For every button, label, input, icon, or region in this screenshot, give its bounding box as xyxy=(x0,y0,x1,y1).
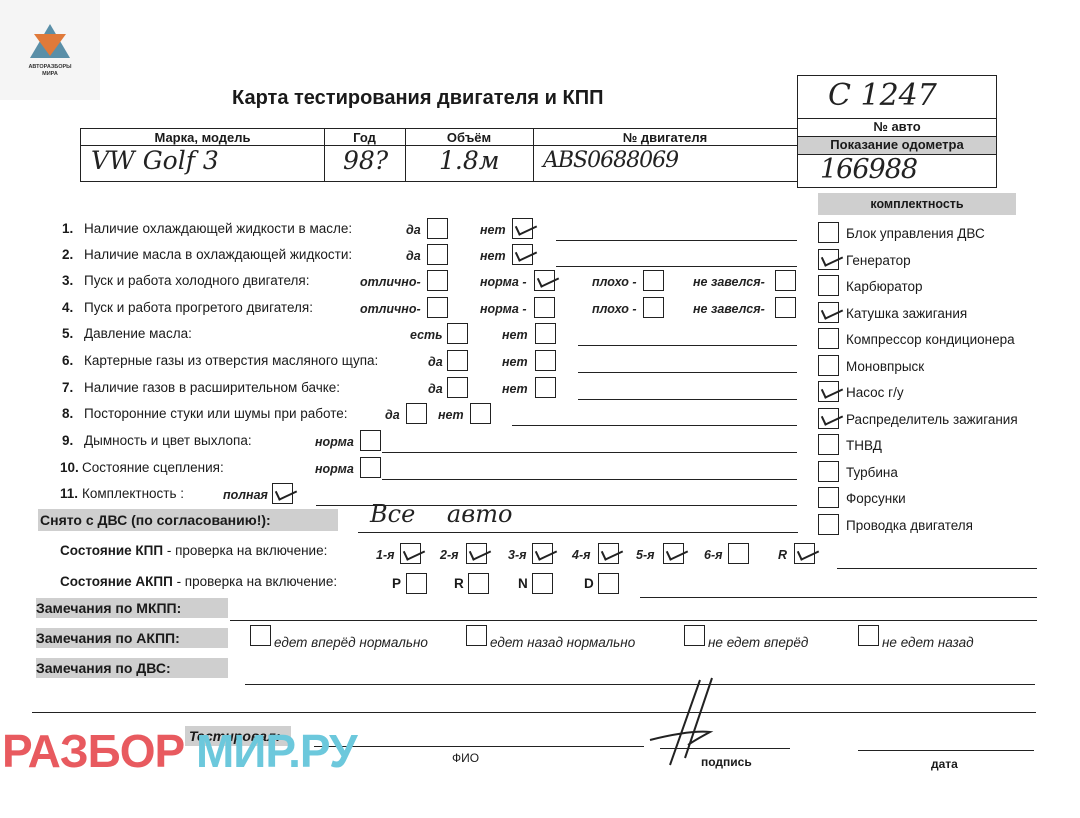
check-number: 4. xyxy=(62,300,73,315)
check-number: 10. xyxy=(60,460,79,475)
check-number: 7. xyxy=(62,380,73,395)
check-label: Комплектность : xyxy=(82,486,184,501)
gear-checkbox[interactable] xyxy=(663,543,684,564)
car-number-label: № авто xyxy=(798,119,996,134)
year-value[interactable]: 98? xyxy=(343,146,388,175)
notes-line[interactable] xyxy=(578,345,797,346)
completeness-checkbox[interactable] xyxy=(818,222,839,243)
completeness-header: комплектность xyxy=(818,193,1016,215)
akpp-label: Состояние АКПП - проверка на включение: xyxy=(60,574,337,589)
check-option-label: отлично- xyxy=(360,275,421,289)
mkpp-remarks-label: Замечания по МКПП: xyxy=(36,598,228,618)
akpp-remark-checkbox[interactable] xyxy=(250,625,271,646)
gear-checkbox[interactable] xyxy=(598,543,619,564)
check-number: 9. xyxy=(62,433,73,448)
check-option-label: да xyxy=(406,223,421,237)
check-option-checkbox[interactable] xyxy=(360,430,381,451)
check-option-label: есть xyxy=(410,328,443,342)
notes-line[interactable] xyxy=(382,452,797,453)
akpp-mode-checkbox[interactable] xyxy=(532,573,553,594)
completeness-label: Блок управления ДВС xyxy=(846,226,985,241)
notes-line[interactable] xyxy=(578,372,797,373)
date-label: дата xyxy=(931,757,958,771)
check-option-label: нет xyxy=(480,223,506,237)
check-label: Давление масла: xyxy=(84,326,192,341)
check-option-checkbox[interactable] xyxy=(643,270,664,291)
check-option-label: норма - xyxy=(480,302,527,316)
completeness-label: Насос г/у xyxy=(846,385,904,400)
gear-checkbox[interactable] xyxy=(532,543,553,564)
gear-label: R xyxy=(778,548,787,562)
odometer-value[interactable]: 166988 xyxy=(820,154,917,185)
removed-label: Снято с ДВС (по согласованию!): xyxy=(38,509,338,531)
check-option-label: нет xyxy=(438,408,464,422)
check-option-label: нет xyxy=(502,328,528,342)
check-option-checkbox[interactable] xyxy=(535,323,556,344)
gear-label: 6-я xyxy=(704,548,722,562)
logo-text-line2: МИРА xyxy=(0,71,100,77)
akpp-mode-label: D xyxy=(584,576,594,591)
gear-label: 4-я xyxy=(572,548,590,562)
engine-number-value[interactable]: ABS0688069 xyxy=(543,148,678,173)
completeness-label: Компрессор кондиционера xyxy=(846,332,1015,347)
check-option-checkbox[interactable] xyxy=(447,377,468,398)
check-label: Состояние сцепления: xyxy=(82,460,224,475)
check-number: 5. xyxy=(62,326,73,341)
check-option-label: да xyxy=(406,249,421,263)
vehicle-info-table: Марка, модель Год Объём № двигателя VW G… xyxy=(80,128,798,182)
volume-value[interactable]: 1.8м xyxy=(439,146,500,175)
signature-scribble xyxy=(640,670,760,770)
check-number: 11. xyxy=(60,486,78,501)
completeness-checkbox[interactable] xyxy=(818,408,839,429)
akpp-remark-checkbox[interactable] xyxy=(466,625,487,646)
check-option-label: отлично- xyxy=(360,302,421,316)
completeness-label: Форсунки xyxy=(846,491,906,506)
akpp-remark-label: не едет вперёд xyxy=(708,635,808,650)
akpp-mode-label: P xyxy=(392,576,401,591)
completeness-label: Генератор xyxy=(846,253,911,268)
check-option-checkbox[interactable] xyxy=(535,377,556,398)
check-option-checkbox[interactable] xyxy=(643,297,664,318)
akpp-remark-checkbox[interactable] xyxy=(684,625,705,646)
completeness-label: Моновпрыск xyxy=(846,359,924,374)
completeness-checkbox[interactable] xyxy=(818,381,839,402)
gear-label: 5-я xyxy=(636,548,654,562)
gear-checkbox[interactable] xyxy=(728,543,749,564)
akpp-mode-label: R xyxy=(454,576,464,591)
akpp-remarks-label: Замечания по АКПП: xyxy=(36,628,228,648)
akpp-mode-checkbox[interactable] xyxy=(468,573,489,594)
check-label: Наличие охлаждающей жидкости в масле: xyxy=(84,221,352,236)
volume-label: Объём xyxy=(405,130,533,145)
check-option-checkbox[interactable] xyxy=(534,270,555,291)
completeness-label: ТНВД xyxy=(846,438,882,453)
notes-line[interactable] xyxy=(382,479,797,480)
completeness-checkbox[interactable] xyxy=(818,487,839,508)
check-option-label: не завелся- xyxy=(693,302,765,316)
check-option-label: плохо - xyxy=(592,302,636,316)
logo-text-line1: АВТОРАЗБОРЫ xyxy=(0,64,100,70)
check-number: 1. xyxy=(62,221,73,236)
check-option-checkbox[interactable] xyxy=(427,244,448,265)
completeness-checkbox[interactable] xyxy=(818,275,839,296)
check-option-label: плохо - xyxy=(592,275,636,289)
check-option-checkbox[interactable] xyxy=(447,350,468,371)
check-number: 8. xyxy=(62,406,73,421)
car-number-value[interactable]: C 1247 xyxy=(828,78,937,113)
akpp-remark-checkbox[interactable] xyxy=(858,625,879,646)
fio-label: ФИО xyxy=(452,751,479,765)
notes-line[interactable] xyxy=(578,399,797,400)
watermark-part1: РАЗБОР xyxy=(2,725,196,777)
gear-label: 1-я xyxy=(376,548,394,562)
dvs-remarks-label: Замечания по ДВС: xyxy=(36,658,228,678)
check-number: 6. xyxy=(62,353,73,368)
akpp-label-rest: - проверка на включение: xyxy=(173,574,337,589)
watermark-part2: МИР.РУ xyxy=(196,725,357,777)
check-label: Наличие масла в охлаждающей жидкости: xyxy=(84,247,352,262)
completeness-label: Карбюратор xyxy=(846,279,923,294)
completeness-checkbox[interactable] xyxy=(818,328,839,349)
completeness-label: Распределитель зажигания xyxy=(846,412,1018,427)
watermark: РАЗБОР МИР.РУ xyxy=(2,728,357,774)
completeness-checkbox[interactable] xyxy=(818,461,839,482)
check-label: Картерные газы из отверстия масляного щу… xyxy=(84,353,378,368)
completeness-checkbox[interactable] xyxy=(818,355,839,376)
check-option-label: нет xyxy=(480,249,506,263)
notes-line[interactable] xyxy=(556,266,797,267)
completeness-label: Турбина xyxy=(846,465,898,480)
kpp-label-rest: - проверка на включение: xyxy=(163,543,327,558)
akpp-label-bold: Состояние АКПП xyxy=(60,574,173,589)
gear-checkbox[interactable] xyxy=(794,543,815,564)
notes-line[interactable] xyxy=(512,425,797,426)
check-option-checkbox[interactable] xyxy=(272,483,293,504)
company-logo: АВТОРАЗБОРЫ МИРА xyxy=(0,0,100,100)
check-label: Пуск и работа холодного двигателя: xyxy=(84,273,310,288)
check-option-checkbox[interactable] xyxy=(447,323,468,344)
check-option-label: нет xyxy=(502,382,528,396)
page-title: Карта тестирования двигателя и КПП xyxy=(232,87,603,110)
check-option-checkbox[interactable] xyxy=(470,403,491,424)
check-label: Дымность и цвет выхлопа: xyxy=(84,433,252,448)
check-option-label: норма xyxy=(315,462,354,476)
check-option-checkbox[interactable] xyxy=(775,297,796,318)
make-model-value[interactable]: VW Golf 3 xyxy=(91,146,219,175)
check-number: 2. xyxy=(62,247,73,262)
year-label: Год xyxy=(324,130,405,145)
akpp-mode-checkbox[interactable] xyxy=(598,573,619,594)
akpp-remark-label: едет вперёд нормально xyxy=(274,635,428,650)
engine-number-label: № двигателя xyxy=(533,130,797,145)
check-option-checkbox[interactable] xyxy=(512,244,533,265)
check-option-checkbox[interactable] xyxy=(427,297,448,318)
check-option-checkbox[interactable] xyxy=(534,297,555,318)
completeness-label: Проводка двигателя xyxy=(846,518,973,533)
gear-checkbox[interactable] xyxy=(466,543,487,564)
akpp-remark-label: не едет назад xyxy=(882,635,974,650)
logo-v-icon xyxy=(34,34,66,56)
kpp-label: Состояние КПП - проверка на включение: xyxy=(60,543,327,558)
kpp-label-bold: Состояние КПП xyxy=(60,543,163,558)
completeness-checkbox[interactable] xyxy=(818,249,839,270)
check-option-checkbox[interactable] xyxy=(360,457,381,478)
check-label: Посторонние стуки или шумы при работе: xyxy=(84,406,348,421)
check-label: Наличие газов в расширительном бачке: xyxy=(84,380,340,395)
check-option-label: норма xyxy=(315,435,354,449)
completeness-label: Катушка зажигания xyxy=(846,306,967,321)
gear-checkbox[interactable] xyxy=(400,543,421,564)
check-option-checkbox[interactable] xyxy=(406,403,427,424)
check-option-label: да xyxy=(428,382,443,396)
check-option-label: нет xyxy=(502,355,528,369)
check-option-label: да xyxy=(428,355,443,369)
check-option-checkbox[interactable] xyxy=(427,270,448,291)
removed-value[interactable]: Все авто xyxy=(370,500,512,528)
check-label: Пуск и работа прогретого двигателя: xyxy=(84,300,313,315)
check-option-label: норма - xyxy=(480,275,527,289)
completeness-checkbox[interactable] xyxy=(818,514,839,535)
notes-line[interactable] xyxy=(556,240,797,241)
akpp-mode-checkbox[interactable] xyxy=(406,573,427,594)
check-option-checkbox[interactable] xyxy=(427,218,448,239)
make-model-label: Марка, модель xyxy=(81,130,324,145)
completeness-checkbox[interactable] xyxy=(818,434,839,455)
check-option-checkbox[interactable] xyxy=(535,350,556,371)
check-option-label: да xyxy=(385,408,400,422)
odometer-label: Показание одометра xyxy=(798,137,996,154)
check-option-label: полная xyxy=(223,488,268,502)
gear-label: 2-я xyxy=(440,548,458,562)
akpp-remark-label: едет назад нормально xyxy=(490,635,635,650)
check-option-label: не завелся- xyxy=(693,275,765,289)
gear-label: 3-я xyxy=(508,548,526,562)
check-option-checkbox[interactable] xyxy=(512,218,533,239)
check-option-checkbox[interactable] xyxy=(775,270,796,291)
akpp-mode-label: N xyxy=(518,576,528,591)
check-number: 3. xyxy=(62,273,73,288)
completeness-checkbox[interactable] xyxy=(818,302,839,323)
car-info-box: C 1247 № авто Показание одометра 166988 xyxy=(797,75,997,188)
